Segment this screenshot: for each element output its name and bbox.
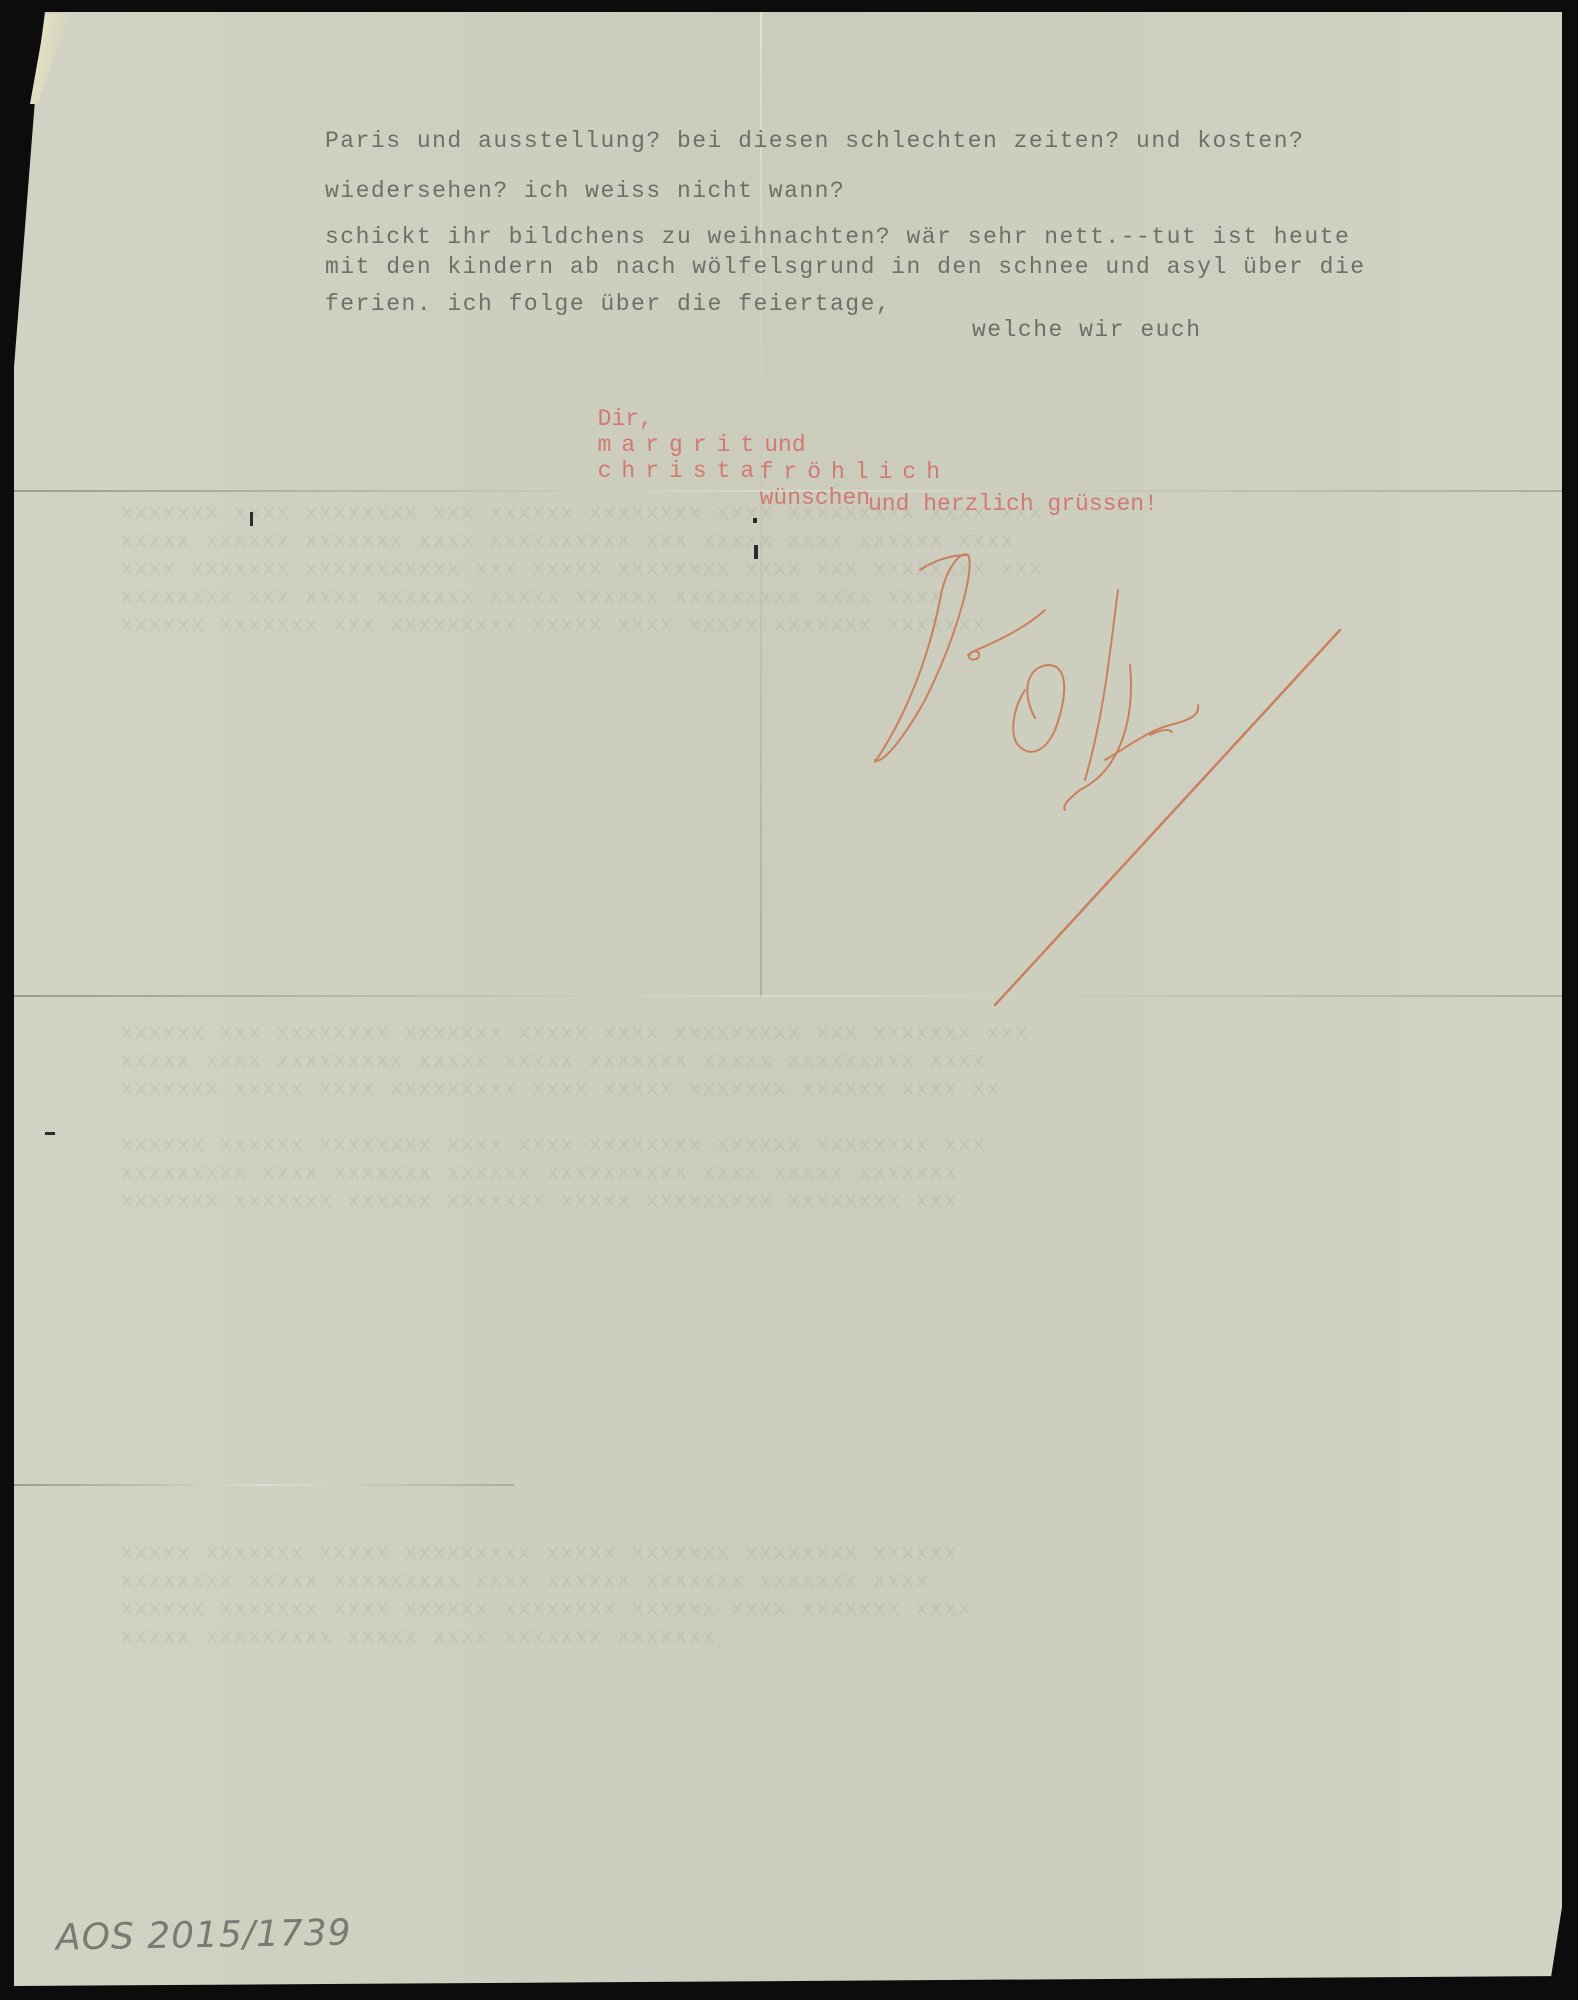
body-line-4: mit den kindern ab nach wölfelsgrund in … (325, 254, 1366, 280)
body-line-2: wiedersehen? ich weiss nicht wann? (325, 178, 845, 204)
punch-mark (753, 518, 757, 523)
punch-mark (250, 512, 253, 526)
horizontal-fold-line-lower (14, 1484, 514, 1486)
greeting-wuenschen: wünschen (760, 485, 870, 511)
body-line-3: schickt ihr bildchens zu weihnachten? wä… (325, 224, 1350, 250)
show-through-text: xxxxx xxxxxxx xxxxx xxxxxxxxx xxxxx xxxx… (120, 1540, 1420, 1652)
greeting-prefix: Dir, (598, 406, 653, 432)
punch-mark (45, 1132, 55, 1135)
body-line-6: welche wir euch (972, 317, 1202, 343)
body-line-5: ferien. ich folge über die feiertage, (325, 291, 891, 317)
greeting-froehlich: fröhlich (760, 459, 950, 485)
handwritten-signature (850, 530, 1530, 1030)
show-through-text: xxxxxx xxx xxxxxxxx xxxxxxx xxxxx xxxx x… (120, 1020, 1420, 1216)
greeting-line-3: und herzlich grüssen! (868, 491, 1158, 517)
body-line-1: Paris und ausstellung? bei diesen schlec… (325, 128, 1304, 154)
punch-mark (754, 545, 758, 559)
archive-number: AOS 2015/1739 (56, 1912, 352, 1958)
